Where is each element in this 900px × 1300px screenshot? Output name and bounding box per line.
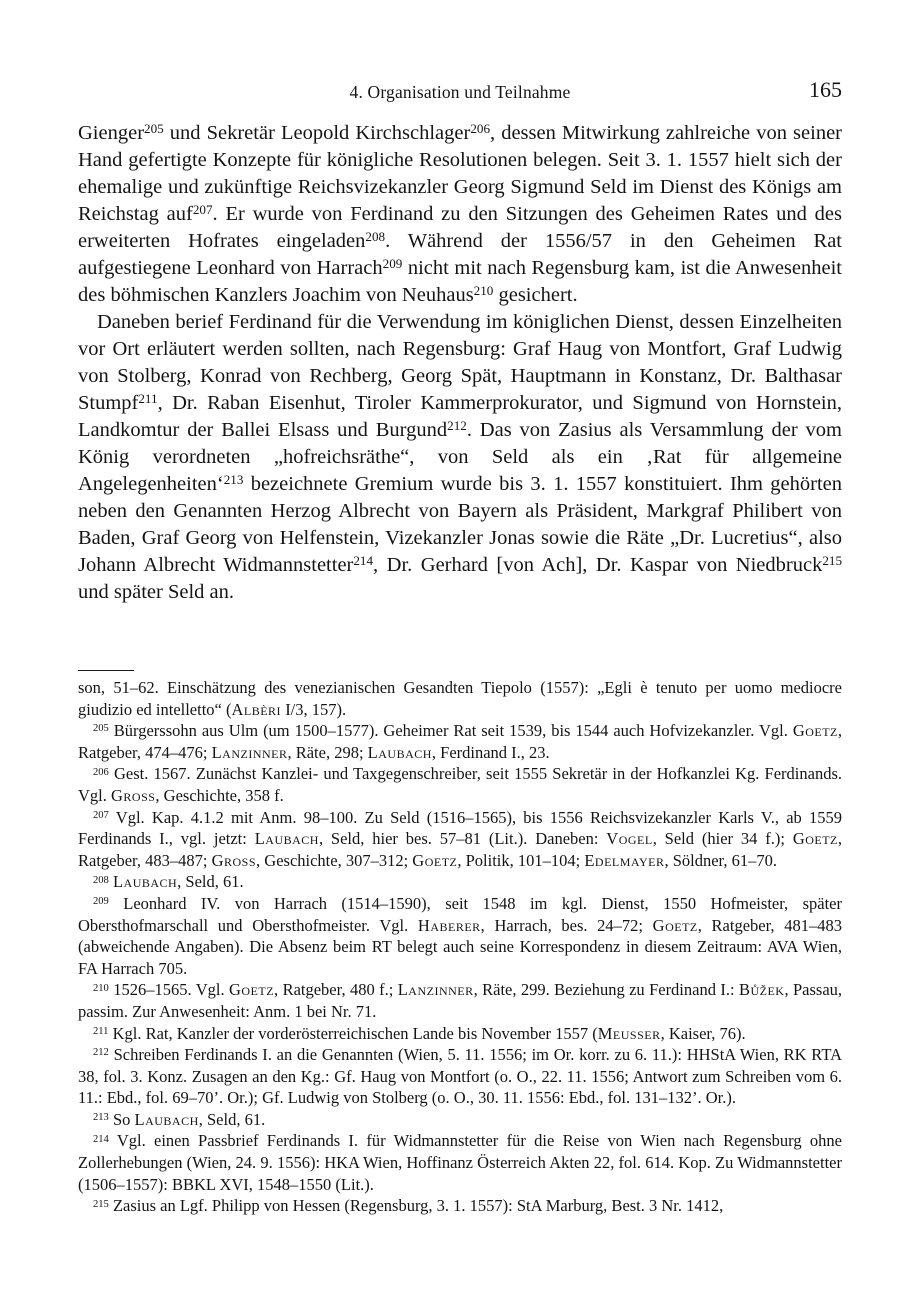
footnote-number: 206 [93,767,109,778]
book-page: 4. Organisation und Teilnahme 165 Gienge… [0,0,900,1300]
page-number: 165 [809,77,842,103]
body-paragraph: Gienger205 und Sekretär Leopold Kirchsch… [78,120,842,309]
author-smallcaps: Albèri [232,700,282,719]
footnote-separator [78,670,134,671]
footnotes: son, 51–62. Einschätzung des venezianisc… [78,677,842,1217]
footnote-ref: 205 [144,121,164,136]
footnote-ref: 212 [447,418,467,433]
footnote-ref: 207 [193,202,213,217]
author-smallcaps: Goetz [229,980,274,999]
author-smallcaps: Lanzinner [212,743,288,762]
author-smallcaps: Meusser [598,1024,661,1043]
footnote-number: 214 [93,1134,109,1145]
author-smallcaps: Bůžek [739,980,784,999]
author-smallcaps: Lanzinner [398,980,474,999]
footnote-continuation: son, 51–62. Einschätzung des venezianisc… [78,677,842,720]
author-smallcaps: Goetz [793,829,838,848]
author-smallcaps: Goetz [653,916,698,935]
footnote-number: 205 [93,723,109,734]
footnote-item: 208 Laubach, Seld, 61. [78,871,842,893]
body-paragraph: Daneben berief Ferdinand für die Verwend… [78,309,842,606]
author-smallcaps: Gross [111,786,155,805]
footnote-ref: 215 [822,553,842,568]
footnote-item: 215 Zasius an Lgf. Philipp von Hessen (R… [78,1195,842,1217]
footnote-ref: 210 [474,283,494,298]
footnote-item: 214 Vgl. einen Passbrief Ferdinands I. f… [78,1130,842,1195]
author-smallcaps: Vogel [606,829,652,848]
author-smallcaps: Laubach [113,872,177,891]
footnote-item: 213 So Laubach, Seld, 61. [78,1109,842,1131]
author-smallcaps: Goetz [793,721,838,740]
author-smallcaps: Laubach [368,743,432,762]
footnote-item: 206 Gest. 1567. Zunächst Kanzlei- und Ta… [78,763,842,806]
footnote-ref: 214 [353,553,373,568]
author-smallcaps: Laubach [135,1110,199,1129]
footnote-ref: 206 [470,121,490,136]
footnote-number: 209 [93,896,109,907]
footnote-item: 211 Kgl. Rat, Kanzler der vorderösterrei… [78,1023,842,1045]
footnote-item: 212 Schreiben Ferdinands I. an die Genan… [78,1044,842,1109]
footnote-number: 210 [93,983,109,994]
body-text: Gienger205 und Sekretär Leopold Kirchsch… [78,120,842,606]
author-smallcaps: Edelmayer [584,851,664,870]
footnote-ref: 213 [224,472,244,487]
footnote-ref: 208 [365,229,385,244]
footnote-ref: 211 [138,391,157,406]
footnote-ref: 209 [383,256,403,271]
footnote-number: 212 [93,1047,109,1058]
running-head: 4. Organisation und Teilnahme [78,82,842,103]
author-smallcaps: Gross [212,851,256,870]
footnote-number: 213 [93,1112,109,1123]
author-smallcaps: Goetz [412,851,457,870]
footnote-number: 208 [93,875,109,886]
footnote-item: 209 Leonhard IV. von Harrach (1514–1590)… [78,893,842,979]
footnote-item: 205 Bürgerssohn aus Ulm (um 1500–1577). … [78,720,842,763]
author-smallcaps: Laubach [255,829,319,848]
footnote-number: 215 [93,1199,109,1210]
footnote-item: 207 Vgl. Kap. 4.1.2 mit Anm. 98–100. Zu … [78,807,842,872]
footnote-item: 210 1526–1565. Vgl. Goetz, Ratgeber, 480… [78,979,842,1022]
footnote-number: 211 [93,1026,108,1037]
author-smallcaps: Haberer [418,916,481,935]
footnote-number: 207 [93,810,109,821]
